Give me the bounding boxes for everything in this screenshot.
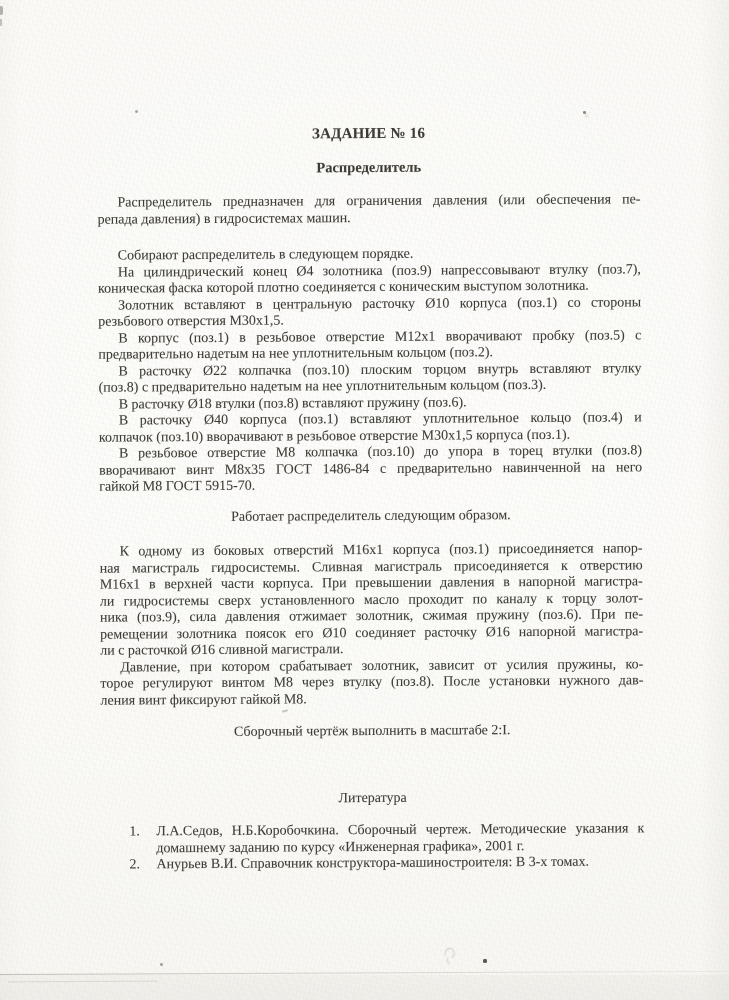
text-line: Л.А.Седов, Н.Б.Коробочкина. Сборочный че…: [156, 821, 644, 840]
paragraph: Давление, при котором срабатывает золотн…: [100, 657, 643, 710]
centered-statement: Сборочный чертёж выполнить в масштабе 2:…: [101, 722, 644, 742]
list-item-number: 2.: [129, 857, 140, 874]
text-line: Золотник вставляют в центральную расточк…: [98, 295, 641, 315]
scan-speck: [483, 959, 487, 963]
paragraph: В резьбовое отверстие М8 колпачка (поз.1…: [99, 443, 642, 496]
paragraph: В расточку Ø22 колпачка (поз.10) плоским…: [98, 361, 641, 397]
list-item: 1.Л.А.Седов, Н.Б.Коробочкина. Сборочный …: [101, 821, 644, 857]
paragraph: Золотник вставляют в центральную расточк…: [98, 295, 641, 331]
list-item: 2.Анурьев В.И. Справочник конструктора-м…: [101, 854, 644, 874]
text-line: репада давления) в гидросистемах машин.: [98, 209, 641, 229]
paragraph: В расточку Ø40 корпуса (поз.1) вставляют…: [99, 410, 642, 446]
paper-edge-line: [8, 981, 158, 983]
document-subtitle: Распределитель: [97, 158, 640, 178]
text-line: гайкой М8 ГОСТ 5915-70.: [99, 476, 642, 496]
scan-speck: [160, 963, 163, 966]
document-title: ЗАДАНИЕ № 16: [97, 124, 640, 144]
text-line: торое регулируют винтом М8 через втулку …: [100, 673, 643, 693]
text-line: ремещении золотника поясок его Ø10 соеди…: [100, 624, 643, 644]
scanned-page: ЗАДАНИЕ № 16 Распределитель Распределите…: [0, 0, 729, 1000]
text-line: В корпус (поз.1) в резьбовое отверстие М…: [98, 328, 641, 348]
list-item-number: 1.: [129, 824, 140, 841]
document-body: Распределитель предназначен для ограниче…: [97, 192, 644, 874]
paper-edge-line: [0, 971, 729, 975]
paragraph: Распределитель предназначен для ограниче…: [97, 192, 640, 228]
document-content: ЗАДАНИЕ № 16 Распределитель Распределите…: [97, 124, 645, 874]
scan-speck: [583, 111, 586, 114]
text-line: В расточку Ø22 колпачка (поз.10) плоским…: [98, 361, 641, 381]
section-heading: Литература: [101, 789, 644, 809]
paragraph: В корпус (поз.1) в резьбовое отверстие М…: [98, 328, 641, 364]
text-line: вворачивают винт М8х35 ГОСТ 1486-84 с пр…: [99, 460, 642, 480]
scan-edge-mark: [0, 6, 3, 15]
scan-edge-mark: [0, 19, 2, 26]
scan-smudge: [443, 947, 456, 967]
text-line: Анурьев В.И. Справочник конструктора-маш…: [156, 854, 644, 873]
paper-bottom-shade: [0, 975, 729, 1000]
text-line: ления винт фиксируют гайкой М8.: [100, 690, 643, 710]
paragraph: К одному из боковых отверстий М16х1 корп…: [100, 541, 644, 660]
scan-speck: [135, 110, 138, 113]
text-line: Распределитель предназначен для ограниче…: [97, 192, 640, 212]
paragraph: На цилиндрический конец Ø4 золотника (по…: [98, 262, 641, 298]
centered-statement: Работает распределитель следующим образо…: [99, 507, 642, 527]
